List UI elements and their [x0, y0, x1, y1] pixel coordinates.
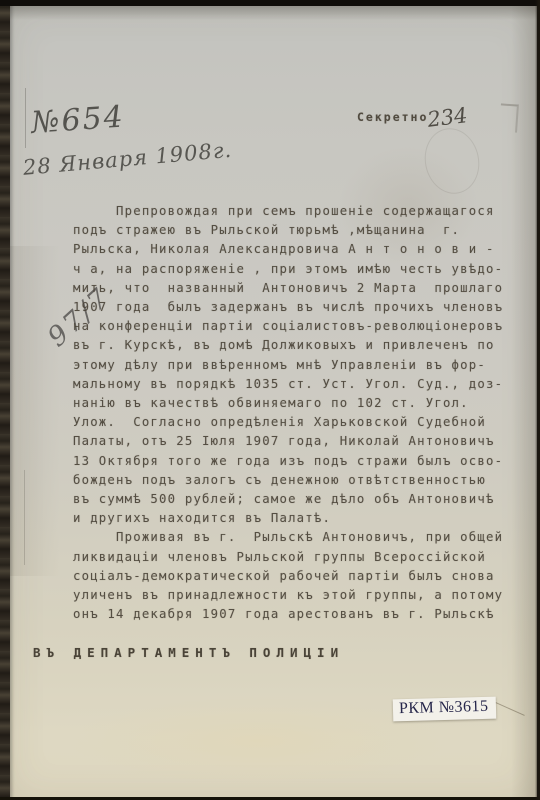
stamp-corner-mark	[499, 103, 519, 132]
fold-crease	[24, 470, 25, 565]
museum-archive-label: РКМ №3615	[393, 697, 496, 722]
torn-binding-edge	[0, 0, 10, 800]
page-texture	[68, 696, 448, 786]
page-texture	[8, 6, 537, 20]
secrecy-classification: Секретно	[357, 110, 428, 124]
typewritten-body-text: Препровождая при семъ прошеніе содержаща…	[73, 202, 521, 624]
handwritten-folio-number: 234	[426, 103, 469, 132]
scanned-document-photo: №654 28 Января 1908г. Секретно 234 97/7 …	[0, 0, 540, 800]
scan-edge-right	[535, 0, 540, 800]
handwritten-registration-number: №654	[30, 99, 126, 140]
fold-crease	[25, 88, 26, 148]
page-texture	[0, 246, 78, 576]
addressee-line: ВЪ ДЕПАРТАМЕНТЪ ПОЛИЦІИ	[33, 645, 344, 660]
scan-edge-top	[0, 0, 540, 6]
